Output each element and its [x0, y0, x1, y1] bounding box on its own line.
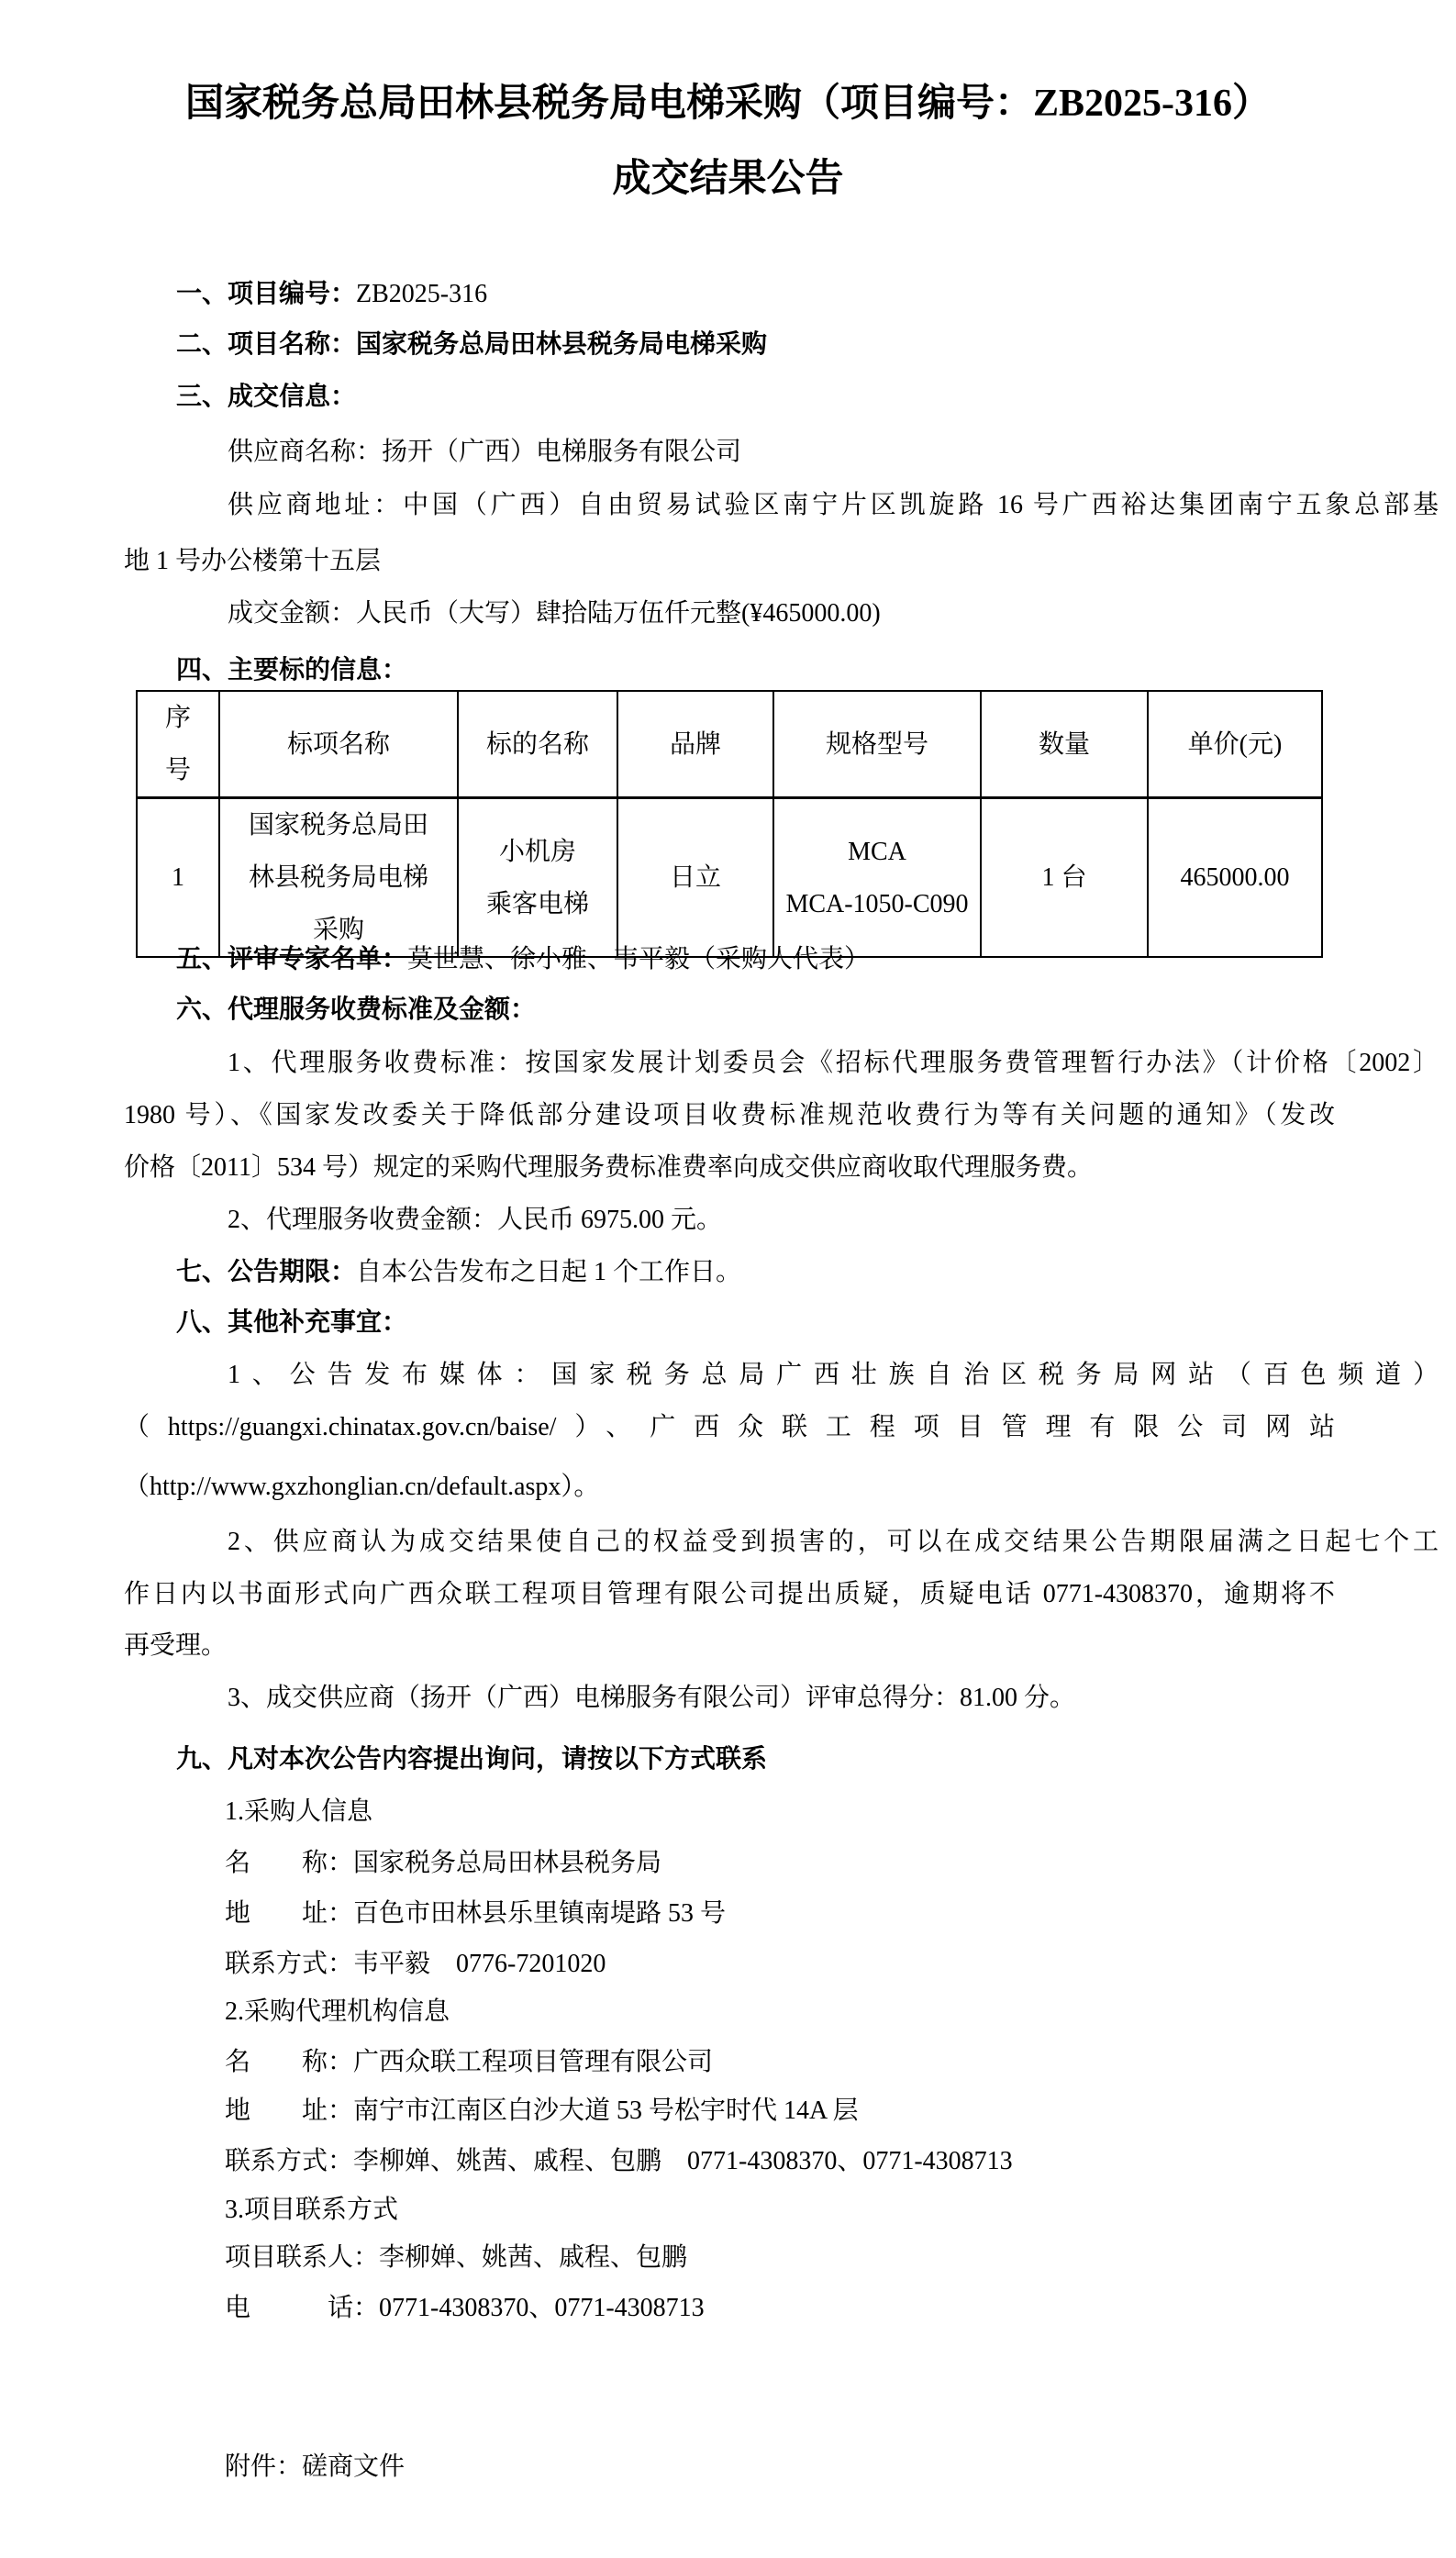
section-8-heading: 八、其他补充事宜： [124, 1296, 1387, 1349]
agency-address-line: 地 址：南宁市江南区白沙大道 53 号松宇时代 14A 层 [124, 2085, 1436, 2137]
col-header-seq: 序 号 [137, 691, 219, 798]
col-header-item-name: 标项名称 [219, 691, 458, 798]
agency-contact-line: 联系方式：李柳婵、姚茜、戚程、包鹏 0771-4308370、0771-4308… [124, 2135, 1436, 2187]
supplier-address-line1: 供应商地址：中国（广西）自由贸易试验区南宁片区凯旋路 16 号广西裕达集团南宁五… [124, 479, 1439, 531]
section-1-heading: 一、项目编号：ZB2025-316 [124, 268, 1387, 320]
project-contact-person-line: 项目联系人：李柳婵、姚茜、戚程、包鹏 [124, 2231, 1436, 2284]
experts-value: 莫世慧、徐小雅、韦平毅（采购人代表） [407, 945, 870, 973]
agency-fee-standard-line2: 1980 号）、《国家发改委关于降低部分建设项目收费标准规范收费行为等有关问题的… [124, 1089, 1335, 1141]
publish-media-line3: （http://www.gxzhonglian.cn/default.aspx）… [124, 1461, 1335, 1513]
supplier-address-line2: 地 1 号办公楼第十五层 [124, 535, 1335, 587]
project-contact-phone-line: 电 话：0771-4308370、0771-4308713 [124, 2282, 1436, 2334]
purchaser-address-line: 地 址：百色市田林县乐里镇南堤路 53 号 [124, 1887, 1436, 1940]
publish-media-line1: 1、公告发布媒体：国家税务总局广西壮族自治区税务局网站（百色频道） [124, 1349, 1439, 1401]
col-header-qty: 数量 [981, 691, 1148, 798]
col-header-subject-name: 标的名称 [458, 691, 617, 798]
table-header-row: 序 号 标项名称 标的名称 品牌 规格型号 数量 单价(元) [137, 691, 1322, 798]
document-title-line2: 成交结果公告 [0, 150, 1456, 207]
section-4-heading: 四、主要标的信息： [124, 644, 1387, 696]
agency-fee-amount-line: 2、代理服务收费金额：人民币 6975.00 元。 [124, 1194, 1439, 1246]
agency-name-line: 名 称：广西众联工程项目管理有限公司 [124, 2036, 1436, 2088]
agency-fee-standard-line1: 1、代理服务收费标准：按国家发展计划委员会《招标代理服务费管理暂行办法》（计价格… [124, 1037, 1439, 1089]
objection-line3: 再受理。 [124, 1619, 1335, 1672]
col-header-unit-price: 单价(元) [1148, 691, 1322, 798]
purchaser-contact-line: 联系方式：韦平毅 0776-7201020 [124, 1938, 1436, 1990]
section-6-heading: 六、代理服务收费标准及金额： [124, 984, 1387, 1036]
agency-info-heading: 2.采购代理机构信息 [124, 1985, 1436, 2038]
section-9-heading: 九、凡对本次公告内容提出询问，请按以下方式联系 [124, 1733, 1387, 1785]
announcement-document-page: 国家税务总局田林县税务局电梯采购（项目编号：ZB2025-316） 成交结果公告… [0, 0, 1456, 2558]
section-5-heading: 五、评审专家名单：莫世慧、徐小雅、韦平毅（采购人代表） [124, 933, 1387, 985]
bid-info-table: 序 号 标项名称 标的名称 品牌 规格型号 数量 单价(元) 1 国家税务总局田… [136, 690, 1323, 958]
project-contact-heading: 3.项目联系方式 [124, 2184, 1436, 2236]
deal-amount-line: 成交金额：人民币（大写）肆拾陆万伍仟元整(¥465000.00) [124, 587, 1439, 639]
col-header-brand: 品牌 [617, 691, 773, 798]
section-2-heading: 二、项目名称：国家税务总局田林县税务局电梯采购 [124, 318, 1387, 371]
agency-fee-standard-line3: 价格〔2011〕534 号）规定的采购代理服务费标准费率向成交供应商收取代理服务… [124, 1141, 1335, 1194]
section-1-label: 一、项目编号： [176, 280, 356, 308]
document-title-line1: 国家税务总局田林县税务局电梯采购（项目编号：ZB2025-316） [0, 75, 1456, 132]
purchaser-name-line: 名 称：国家税务总局田林县税务局 [124, 1837, 1436, 1889]
supplier-name-line: 供应商名称：扬开（广西）电梯服务有限公司 [124, 426, 1439, 478]
publish-media-line2: （https://guangxi.chinatax.gov.cn/baise/）… [124, 1401, 1335, 1453]
attachment-line: 附件：磋商文件 [124, 2441, 1436, 2493]
section-3-heading: 三、成交信息： [124, 371, 1387, 423]
score-line: 3、成交供应商（扬开（广西）电梯服务有限公司）评审总得分：81.00 分。 [124, 1672, 1439, 1724]
section-7-heading: 七、公告期限：自本公告发布之日起 1 个工作日。 [124, 1246, 1387, 1298]
project-number-value: ZB2025-316 [356, 280, 487, 308]
objection-line2: 作日内以书面形式向广西众联工程项目管理有限公司提出质疑，质疑电话 0771-43… [124, 1568, 1335, 1620]
objection-line1: 2、供应商认为成交结果使自己的权益受到损害的，可以在成交结果公告期限届满之日起七… [124, 1516, 1439, 1568]
section-5-label: 五、评审专家名单： [176, 945, 407, 973]
purchaser-info-heading: 1.采购人信息 [124, 1785, 1436, 1838]
announcement-period-value: 自本公告发布之日起 1 个工作日。 [356, 1258, 741, 1286]
col-header-model: 规格型号 [773, 691, 981, 798]
section-7-label: 七、公告期限： [176, 1258, 356, 1286]
